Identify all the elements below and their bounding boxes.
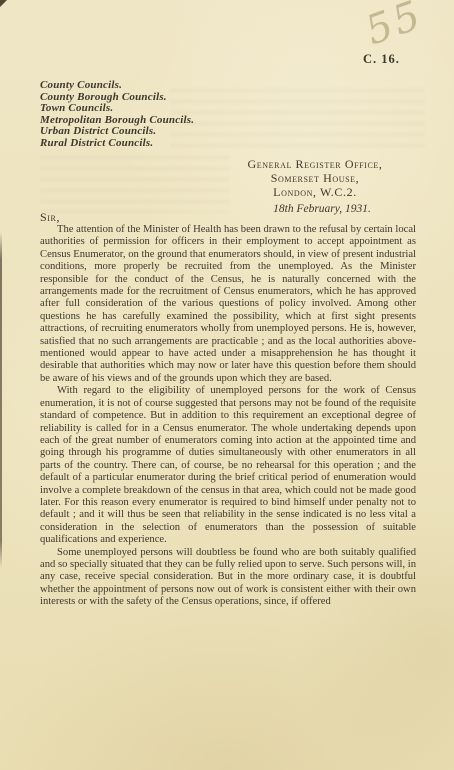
scan-edge-artifact — [0, 232, 2, 568]
handwritten-number: 55 — [360, 0, 429, 54]
paragraph: The attention of the Minister of Health … — [40, 224, 416, 385]
addressee-item: County Councils. — [40, 80, 194, 92]
sender-office: General Register Office, — [225, 158, 405, 172]
sender-city: London, W.C.2. — [225, 186, 405, 200]
letter-body: The attention of the Minister of Health … — [40, 224, 416, 609]
salutation: Sir, — [40, 210, 60, 225]
reference-number: C. 16. — [363, 52, 400, 67]
addressee-list: County Councils. County Borough Councils… — [40, 80, 194, 150]
scan-corner-artifact — [0, 0, 9, 9]
sender-address-block: General Register Office, Somerset House,… — [225, 158, 405, 215]
ink-bleed-through — [40, 155, 230, 213]
paragraph: Some unemployed persons will doubtless b… — [40, 547, 416, 609]
sender-house: Somerset House, — [225, 172, 405, 186]
letter-date: 18th February, 1931. — [225, 203, 405, 215]
paragraph: With regard to the eligibility of unempl… — [40, 385, 416, 546]
ink-bleed-through — [170, 88, 425, 150]
addressee-item: Rural District Councils. — [40, 138, 194, 150]
document-page: 55 C. 16. County Councils. County Boroug… — [0, 0, 454, 770]
